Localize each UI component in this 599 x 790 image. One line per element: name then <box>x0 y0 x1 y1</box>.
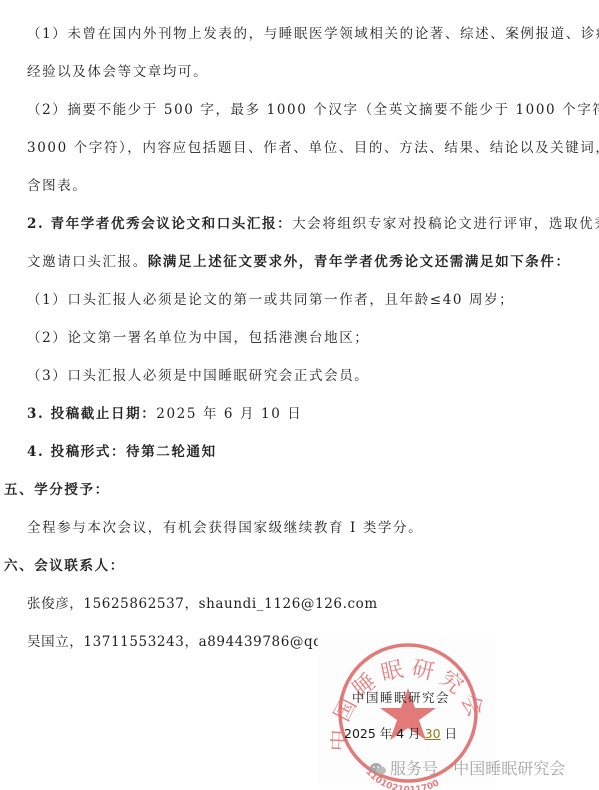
section-6-heading: 六、会议联系人： <box>4 557 125 575</box>
wechat-icon <box>370 763 386 775</box>
item-4-label: 4. 投稿形式： <box>27 444 126 460</box>
item-4-format: 4. 投稿形式：待第二轮通知 <box>27 443 217 461</box>
signature-date: 2025 年 4 月 30 日 <box>344 724 457 742</box>
signature-date-suffix: 日 <box>445 726 458 741</box>
contact-2: 吴国立，13711553243，a894439786@qq.com <box>27 633 358 651</box>
item-2-text-1: 大会将组织专家对投稿论文进行评审，选取优秀论 <box>292 216 599 232</box>
requirement-2-line-3: 含图表。 <box>27 177 87 195</box>
section-5-text: 全程参与本次会议，有机会获得国家级继续教育 I 类学分。 <box>27 519 423 537</box>
requirement-2-line-2: 3000 个字符），内容应包括题目、作者、单位、目的、方法、结果、结论以及关键词… <box>27 139 599 157</box>
contact-1: 张俊彦，15625862537，shaundi_1126@126.com <box>27 595 378 613</box>
item-2-line-2: 文邀请口头汇报。除满足上述征文要求外，青年学者优秀论文还需满足如下条件： <box>27 253 571 271</box>
requirement-2-line-1: （2）摘要不能少于 500 字，最多 1000 个汉字（全英文摘要不能少于 10… <box>27 101 599 119</box>
section-5-heading: 五、学分授予： <box>4 481 110 499</box>
item-2-line-1: 2. 青年学者优秀会议论文和口头汇报：大会将组织专家对投稿论文进行评审，选取优秀… <box>27 215 599 233</box>
wechat-watermark: 服务号 · 中国睡眠研究会 <box>370 756 565 779</box>
requirement-1-line-2: 经验以及体会等文章均可。 <box>27 63 208 81</box>
item-3-deadline: 3. 投稿截止日期：2025 年 6 月 10 日 <box>27 405 302 423</box>
item-2-condition-1: （1）口头汇报人必须是论文的第一或共同第一作者，且年龄≤40 周岁； <box>27 291 514 309</box>
item-2-condition-2: （2）论文第一署名单位为中国，包括港澳台地区； <box>27 329 369 347</box>
item-3-value: 2025 年 6 月 10 日 <box>156 406 302 422</box>
signature-date-day: 30 <box>425 726 441 741</box>
item-2-label: 2. 青年学者优秀会议论文和口头汇报： <box>27 216 292 232</box>
item-2-condition-3: （3）口头汇报人必须是中国睡眠研究会正式会员。 <box>27 367 369 385</box>
item-4-value: 待第二轮通知 <box>126 444 217 460</box>
requirement-1-line-1: （1）未曾在国内外刊物上发表的，与睡眠医学领域相关的论著、综述、案例报道、诊疗 <box>27 25 599 43</box>
item-3-label: 3. 投稿截止日期： <box>27 406 156 422</box>
watermark-text: 服务号 · 中国睡眠研究会 <box>390 759 565 778</box>
item-2-bold-text: 除满足上述征文要求外，青年学者优秀论文还需满足如下条件： <box>148 254 571 270</box>
signature-date-prefix: 2025 年 4 月 <box>344 726 421 741</box>
item-2-text-2: 文邀请口头汇报。 <box>27 254 148 270</box>
signature-organization: 中国睡眠研究会 <box>352 688 450 706</box>
